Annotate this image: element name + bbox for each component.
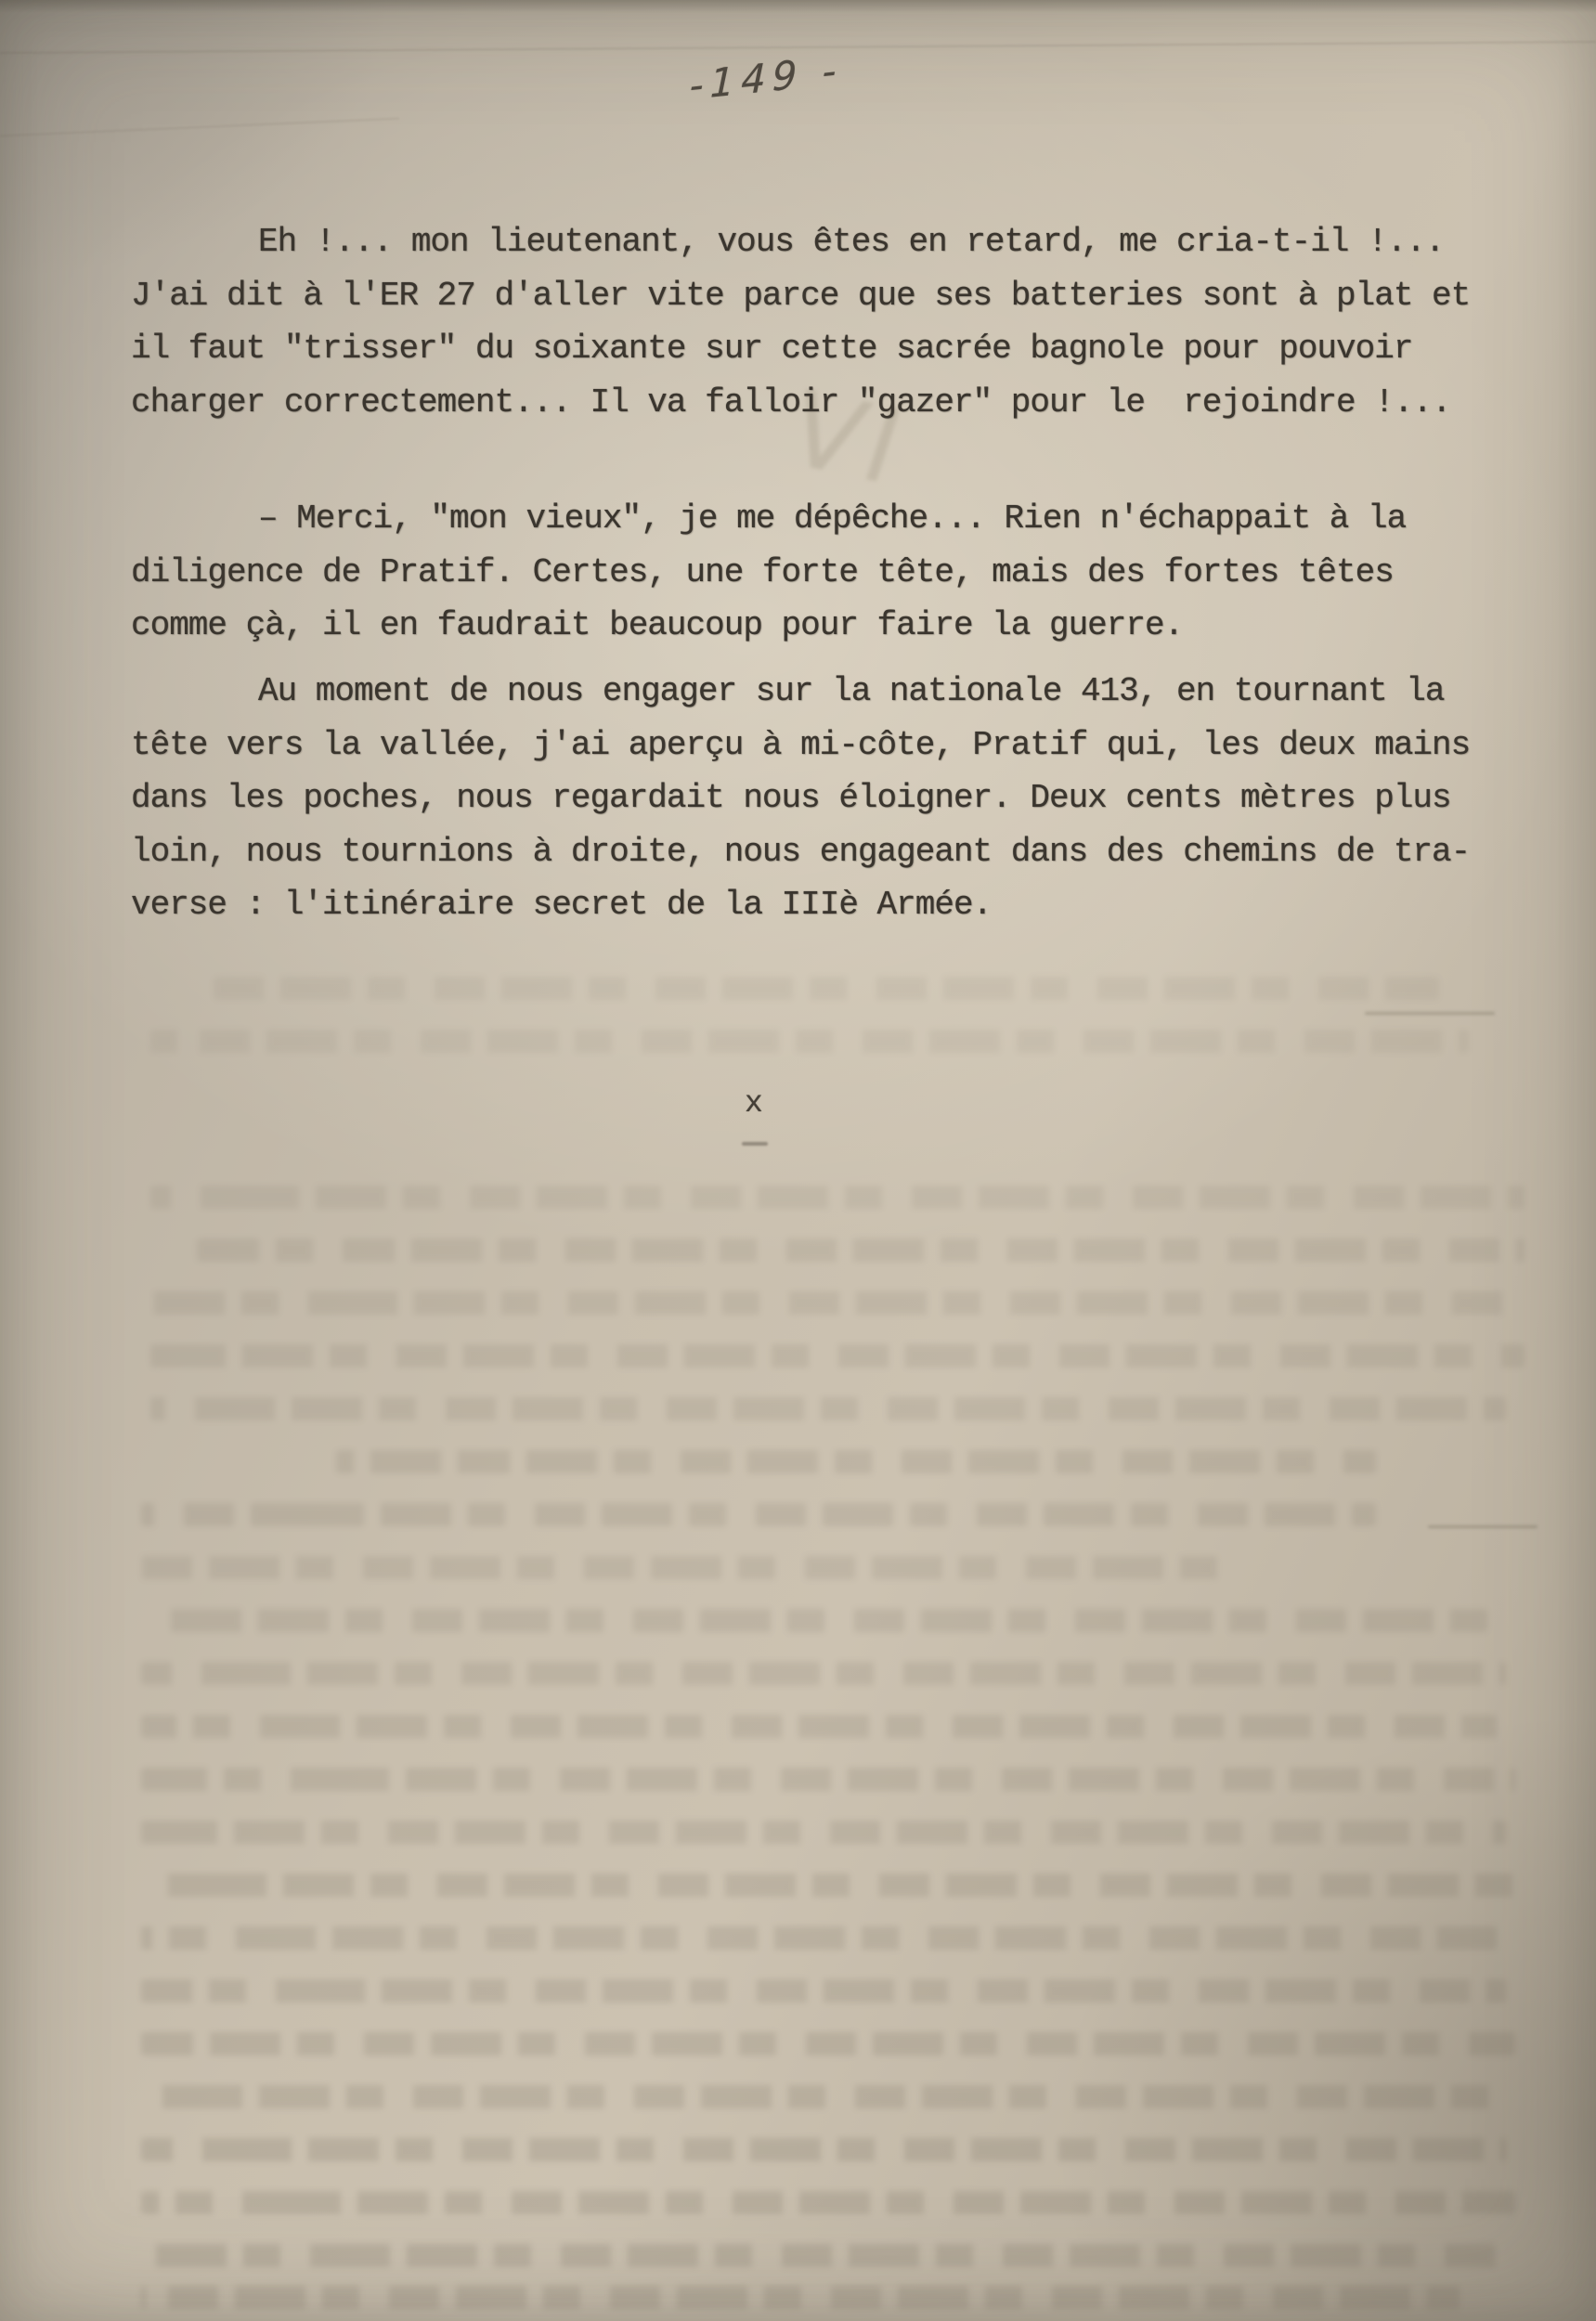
- page-top-shadow: [0, 0, 1596, 13]
- ghost-line: [150, 1291, 1515, 1315]
- text-line: verse : l'itinéraire secret de la IIIè A…: [131, 878, 1542, 932]
- ghost-line: [141, 2138, 1506, 2161]
- divider-smudge: [742, 1142, 768, 1146]
- text-line: comme çà, il en faudrait beaucoup pour f…: [131, 599, 1542, 653]
- ghost-line: [141, 1821, 1506, 1844]
- text-line: diligence de Pratif. Certes, une forte t…: [131, 546, 1542, 600]
- text-line: Au moment de nous engager sur la nationa…: [131, 665, 1542, 719]
- text-line: charger correctement... Il va falloir "g…: [131, 376, 1542, 430]
- ghost-line: [141, 1609, 1487, 1632]
- ghost-line: [141, 2191, 1515, 2214]
- text-line: dans les poches, nous regardait nous élo…: [131, 772, 1542, 825]
- ghost-line: [141, 1926, 1497, 1950]
- ghost-line: [141, 1874, 1515, 1897]
- ghost-line: [141, 1979, 1506, 2003]
- text-line: tête vers la vallée, j'ai aperçu à mi-cô…: [131, 719, 1542, 772]
- paragraph: – Merci, "mon vieux", je me dépêche... R…: [131, 492, 1542, 653]
- paragraph: Eh !... mon lieutenant, vous êtes en ret…: [131, 215, 1542, 429]
- ghost-line: [336, 1450, 1376, 1473]
- ghost-line: [141, 2286, 1460, 2309]
- ghost-underline: [1365, 1012, 1495, 1015]
- paper-crease: [0, 118, 399, 137]
- ghost-line: [150, 1397, 1506, 1420]
- ghost-line: [141, 2244, 1497, 2267]
- scanned-page: -149 - VI Eh !... mon lieutenant, vous ê…: [0, 0, 1596, 2321]
- ghost-line: [197, 1238, 1525, 1262]
- section-divider-x: x: [745, 1086, 763, 1121]
- text-line: Eh !... mon lieutenant, vous êtes en ret…: [131, 215, 1542, 269]
- ghost-line: [150, 1344, 1525, 1368]
- ghost-underline: [1428, 1525, 1538, 1528]
- ghost-line: [150, 1186, 1525, 1209]
- ghost-line: [141, 2085, 1497, 2108]
- text-line: loin, nous tournions à droite, nous enga…: [131, 825, 1542, 879]
- ghost-line: [141, 1768, 1515, 1791]
- text-line: il faut "trisser" du soixante sur cette …: [131, 322, 1542, 376]
- ghost-line: [141, 2032, 1515, 2055]
- ghost-line: [141, 1556, 1237, 1579]
- ghost-line: [141, 1503, 1376, 1526]
- text-line: – Merci, "mon vieux", je me dépêche... R…: [131, 492, 1542, 546]
- ghost-line: [141, 1715, 1497, 1738]
- ghost-line: [214, 977, 1439, 1000]
- text-line: J'ai dit à l'ER 27 d'aller vite parce qu…: [131, 269, 1542, 323]
- ghost-line: [150, 1030, 1469, 1053]
- page-number: -149 -: [689, 41, 902, 109]
- ghost-line: [141, 1662, 1506, 1685]
- paragraph: Au moment de nous engager sur la nationa…: [131, 665, 1542, 932]
